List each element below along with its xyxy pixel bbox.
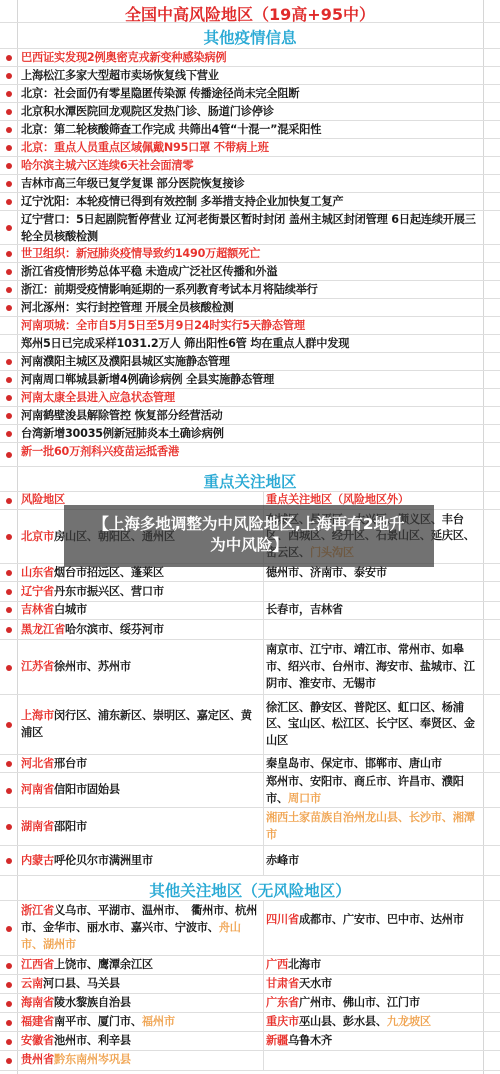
province-label: 河南省 xyxy=(21,783,54,796)
bullet-icon xyxy=(6,269,12,275)
risk-area-text: 邵阳市 xyxy=(54,820,87,833)
other-row: 海南省陵水黎族自治县广东省广州市、佛山市、江门市 xyxy=(0,994,500,1013)
column-divider xyxy=(263,901,264,955)
focus-area-cell: 秦皇岛市、保定市、邯郸市、唐山市 xyxy=(266,756,482,773)
bullet-icon xyxy=(6,251,12,257)
bullet-icon xyxy=(6,665,12,671)
bullet-icon xyxy=(6,127,12,133)
news-text: 北京积水潭医院回龙观院区发热门诊、肠道门诊停诊 xyxy=(21,104,480,121)
column-divider xyxy=(263,1013,264,1031)
focus-row: 辽宁省丹东市振兴区、营口市 xyxy=(0,582,500,602)
focus-row: 内蒙古呼伦贝尔市满洲里市赤峰市 xyxy=(0,846,500,876)
focus-area-cell: 赤峰市 xyxy=(266,853,482,870)
focus-area-cell: 长春市，吉林省 xyxy=(266,602,482,619)
bullet-icon xyxy=(6,722,12,728)
bullet-icon xyxy=(6,305,12,311)
left-area-cell: 云南河口县、马关县 xyxy=(21,976,261,993)
bullet-icon xyxy=(6,1039,12,1045)
column-divider xyxy=(263,640,264,694)
focus-row: 河南省信阳市固始县郑州市、安阳市、商丘市、许昌市、濮阳市、周口市 xyxy=(0,773,500,808)
area-text: 南平市、厦门市、 xyxy=(54,1015,142,1028)
focus-row: 湖南省邵阳市湘西土家苗族自治州龙山县、长沙市、湘潭市 xyxy=(0,808,500,846)
news-text: 郑州5日已完成采样1031.2万人 筛出阳性6管 均在重点人群中发现 xyxy=(21,336,480,353)
news-row: 北京：第二轮核酸筛查工作完成 共筛出4管“十混一”混采阳性 xyxy=(0,121,500,139)
focus-row: 上海市闵行区、浦东新区、崇明区、嘉定区、黄浦区徐汇区、静安区、普陀区、虹口区、杨… xyxy=(0,695,500,755)
news-text: 浙江省疫情形势总体平稳 未造成广泛社区传播和外溢 xyxy=(21,264,480,281)
province-label: 内蒙古 xyxy=(21,854,54,867)
bullet-icon xyxy=(6,1001,12,1007)
province-label: 黑龙江省 xyxy=(21,623,65,636)
risk-area-text: 徐州市、苏州市 xyxy=(54,660,131,673)
news-row: 世卫组织：新冠肺炎疫情导致约1490万超额死亡 xyxy=(0,245,500,263)
bullet-icon xyxy=(6,788,12,794)
risk-area-cell: 湖南省邵阳市 xyxy=(21,819,261,836)
focus-area-cell: 湘西土家苗族自治州龙山县、长沙市、湘潭市 xyxy=(266,810,482,844)
news-row: 河南周口郸城县新增4例确诊病例 全县实施静态管理 xyxy=(0,371,500,389)
risk-area-text: 丹东市振兴区、营口市 xyxy=(54,585,164,598)
right-area-cell: 甘肃省天水市 xyxy=(266,976,482,993)
risk-area-cell: 上海市闵行区、浦东新区、崇明区、嘉定区、黄浦区 xyxy=(21,708,261,742)
news-text: 新一批60万剂科兴疫苗运抵香港 xyxy=(21,444,480,461)
focus-area-text: 德州市、济南市、泰安市 xyxy=(266,566,387,579)
province-label: 湖南省 xyxy=(21,820,54,833)
bullet-icon xyxy=(6,431,12,437)
focus-title-row: 重点关注地区 xyxy=(0,467,500,492)
news-row: 浙江：前期受疫情影响延期的一系列教育考试本月将陆续举行 xyxy=(0,281,500,299)
bullet-icon xyxy=(6,570,12,576)
risk-area-text: 哈尔滨市、绥芬河市 xyxy=(65,623,164,636)
risk-area-cell: 山东省烟台市招远区、蓬莱区 xyxy=(21,565,261,582)
news-row: 河南濮阳主城区及濮阳县城区实施静态管理 xyxy=(0,353,500,371)
other-title-row: 其他关注地区（无风险地区） xyxy=(0,876,500,901)
bullet-icon xyxy=(6,413,12,419)
column-divider xyxy=(263,994,264,1012)
area-orange-text: 黔东南州岑巩县 xyxy=(54,1053,131,1066)
left-area-cell: 江西省上饶市、鹰潭余江区 xyxy=(21,957,261,974)
focus-area-cell: 郑州市、安阳市、商丘市、许昌市、濮阳市、周口市 xyxy=(266,774,482,808)
news-text: 北京：社会面仍有零星隐匿传染源 传播途径尚未完全阻断 xyxy=(21,86,480,103)
other-row: 浙江省义乌市、平湖市、温州市、 衢州市、杭州市、金华市、丽水市、嘉兴市、宁波市、… xyxy=(0,901,500,956)
news-text: 河南鹤壁浚县解除管控 恢复部分经营活动 xyxy=(21,408,480,425)
risk-area-text: 邢台市 xyxy=(54,757,87,770)
news-row: 吉林市高三年级已复学复课 部分医院恢复接诊 xyxy=(0,175,500,193)
news-row: 河南鹤壁浚县解除管控 恢复部分经营活动 xyxy=(0,407,500,425)
column-divider xyxy=(263,956,264,974)
other-row: 云南河口县、马关县甘肃省天水市 xyxy=(0,975,500,994)
news-text: 河南周口郸城县新增4例确诊病例 全县实施静态管理 xyxy=(21,372,480,389)
bullet-icon xyxy=(6,589,12,595)
province-label: 福建省 xyxy=(21,1015,54,1028)
left-area-cell: 福建省南平市、厦门市、福州市 xyxy=(21,1014,261,1031)
bullet-icon xyxy=(6,452,12,458)
bullet-icon xyxy=(6,55,12,61)
focus-area-text: 赤峰市 xyxy=(266,854,299,867)
focus-row: 黑龙江省哈尔滨市、绥芬河市 xyxy=(0,620,500,640)
risk-area-cell: 辽宁省丹东市振兴区、营口市 xyxy=(21,584,261,601)
risk-area-cell: 黑龙江省哈尔滨市、绥芬河市 xyxy=(21,622,261,639)
other-row: 江西省上饶市、鹰潭余江区广西北海市 xyxy=(0,956,500,975)
area-text: 广州市、佛山市、江门市 xyxy=(299,996,420,1009)
column-divider xyxy=(263,1051,264,1070)
risk-area-cell: 内蒙古呼伦贝尔市满洲里市 xyxy=(21,853,261,870)
bullet-icon xyxy=(6,982,12,988)
area-text: 北海市 xyxy=(288,958,321,971)
bullet-icon xyxy=(6,359,12,365)
focus-row: 河北省邢台市秦皇岛市、保定市、邯郸市、唐山市 xyxy=(0,755,500,773)
area-text: 巫山县、彭水县、 xyxy=(299,1015,387,1028)
bullet-icon xyxy=(6,627,12,633)
risk-area-text: 烟台市招远区、蓬莱区 xyxy=(54,566,164,579)
province-label: 云南 xyxy=(21,977,43,990)
news-text: 台湾新增30035例新冠肺炎本土确诊病例 xyxy=(21,426,480,443)
province-label: 山东省 xyxy=(21,566,54,579)
news-row: 郑州5日已完成采样1031.2万人 筛出阳性6管 均在重点人群中发现 xyxy=(0,335,500,353)
province-label: 广西 xyxy=(266,958,288,971)
province-label: 江西省 xyxy=(21,958,54,971)
right-area-cell: 四川省成都市、广安市、巴中市、达州市 xyxy=(266,912,482,929)
title-row: 全国中高风险地区（19高+95中） xyxy=(0,0,500,23)
news-text: 河南太康全县进入应急状态管理 xyxy=(21,390,480,407)
news-text: 北京：重点人员重点区域佩戴N95口罩 不带病上班 xyxy=(21,140,480,157)
province-label: 重庆市 xyxy=(266,1015,299,1028)
area-orange-text: 福州市 xyxy=(142,1015,175,1028)
news-row: 北京积水潭医院回龙观院区发热门诊、肠道门诊停诊 xyxy=(0,103,500,121)
area-text: 乌鲁木齐 xyxy=(288,1034,332,1047)
province-label: 广东省 xyxy=(266,996,299,1009)
bullet-icon xyxy=(6,858,12,864)
province-label: 新疆 xyxy=(266,1034,288,1047)
area-orange-text: 九龙坡区 xyxy=(387,1015,431,1028)
news-row: 台湾新增30035例新冠肺炎本土确诊病例 xyxy=(0,425,500,443)
news-row: 新一批60万剂科兴疫苗运抵香港 xyxy=(0,443,500,467)
focus-area-text: 秦皇岛市、保定市、邯郸市、唐山市 xyxy=(266,757,442,770)
bullet-icon xyxy=(6,91,12,97)
province-label: 北京市 xyxy=(21,530,54,543)
bullet-icon xyxy=(6,163,12,169)
bullet-icon xyxy=(6,109,12,115)
news-row: 巴西证实发现2例奥密克戎新变种感染病例 xyxy=(0,49,500,67)
right-area-cell: 新疆乌鲁木齐 xyxy=(266,1033,482,1050)
left-area-cell: 浙江省义乌市、平湖市、温州市、 衢州市、杭州市、金华市、丽水市、嘉兴市、宁波市、… xyxy=(21,903,261,953)
bullet-icon xyxy=(6,225,12,231)
spreadsheet-image: 全国中高风险地区（19高+95中） 其他疫情信息 巴西证实发现2例奥密克戎新变种… xyxy=(0,0,500,1074)
province-label: 甘肃省 xyxy=(266,977,299,990)
news-row: 河北涿州：实行封控管理 开展全员核酸检测 xyxy=(0,299,500,317)
news-text: 河南濮阳主城区及濮阳县城区实施静态管理 xyxy=(21,354,480,371)
area-text: 池州市、利辛县 xyxy=(54,1034,131,1047)
news-row: 上海松江多家大型超市卖场恢复线下营业 xyxy=(0,67,500,85)
left-area-cell: 海南省陵水黎族自治县 xyxy=(21,995,261,1012)
bullet-icon xyxy=(6,963,12,969)
news-row: 辽宁营口：5日起剧院暂停营业 辽河老街景区暂时封闭 盖州主城区封闭管理 6日起连… xyxy=(0,211,500,245)
area-text: 河口县、马关县 xyxy=(43,977,120,990)
province-label: 海南省 xyxy=(21,996,54,1009)
area-text: 陵水黎族自治县 xyxy=(54,996,131,1009)
news-row: 辽宁沈阳：本轮疫情已得到有效控制 多举措支持企业加快复工复产 xyxy=(0,193,500,211)
province-label: 辽宁省 xyxy=(21,585,54,598)
focus-area-text: 长春市，吉林省 xyxy=(266,603,343,616)
news-text: 浙江：前期受疫情影响延期的一系列教育考试本月将陆续举行 xyxy=(21,282,480,299)
bullet-icon xyxy=(6,377,12,383)
bullet-icon xyxy=(6,498,12,504)
news-row: 河南太康全县进入应急状态管理 xyxy=(0,389,500,407)
column-divider xyxy=(263,582,264,601)
other-row: 安徽省池州市、利辛县新疆乌鲁木齐 xyxy=(0,1032,500,1051)
bullet-icon xyxy=(6,73,12,79)
news-text: 巴西证实发现2例奥密克戎新变种感染病例 xyxy=(21,50,480,67)
province-label: 浙江省 xyxy=(21,904,54,917)
right-area-cell: 重庆市巫山县、彭水县、九龙坡区 xyxy=(266,1014,482,1031)
column-divider xyxy=(263,600,264,619)
focus-area-cell: 德州市、济南市、泰安市 xyxy=(266,565,482,582)
bullet-icon xyxy=(6,145,12,151)
province-label: 安徽省 xyxy=(21,1034,54,1047)
news-text: 北京：第二轮核酸筛查工作完成 共筛出4管“十混一”混采阳性 xyxy=(21,122,480,139)
section-title-focus: 重点关注地区 xyxy=(17,470,483,492)
news-text: 上海松江多家大型超市卖场恢复线下营业 xyxy=(21,68,480,85)
page-title: 全国中高风险地区（19高+95中） xyxy=(17,2,483,25)
province-label: 四川省 xyxy=(266,913,299,926)
focus-area-text: 南京市、江宁市、靖江市、常州市、如皋市、绍兴市、台州市、海安市、盐城市、江阴市、… xyxy=(266,643,475,690)
news-row: 河南项城：全市自5月5日至5月9日24时实行5天静态管理 xyxy=(0,317,500,335)
caption-overlay: 【上海多地调整为中风险地区,上海再有2地升为中风险】 xyxy=(64,505,434,567)
focus-area-cell: 徐汇区、静安区、普陀区、虹口区、杨浦区、宝山区、松江区、长宁区、奉贤区、金山区 xyxy=(266,700,482,750)
news-text: 河南项城：全市自5月5日至5月9日24时实行5天静态管理 xyxy=(21,318,480,335)
section-title-row: 其他疫情信息 xyxy=(0,23,500,49)
left-area-cell: 安徽省池州市、利辛县 xyxy=(21,1033,261,1050)
area-text: 上饶市、鹰潭余江区 xyxy=(54,958,153,971)
focus-row: 吉林省白城市长春市，吉林省 xyxy=(0,600,500,620)
focus-area-orange-text: 湘西土家苗族自治州龙山县、长沙市、湘潭市 xyxy=(266,811,475,841)
bullet-icon xyxy=(6,287,12,293)
province-label: 江苏省 xyxy=(21,660,54,673)
column-divider xyxy=(263,808,264,845)
news-text: 河北涿州：实行封控管理 开展全员核酸检测 xyxy=(21,300,480,317)
bullet-icon xyxy=(6,761,12,767)
news-text: 哈尔滨主城六区连续6天社会面清零 xyxy=(21,158,480,175)
province-label: 吉林省 xyxy=(21,603,54,616)
news-text: 吉林市高三年级已复学复课 部分医院恢复接诊 xyxy=(21,176,480,193)
right-area-cell: 广西北海市 xyxy=(266,957,482,974)
risk-area-cell: 吉林省白城市 xyxy=(21,602,261,619)
province-label: 上海市 xyxy=(21,709,54,722)
left-area-cell: 贵州省黔东南州岑巩县 xyxy=(21,1052,261,1069)
bullet-icon xyxy=(6,607,12,613)
column-divider xyxy=(263,846,264,875)
column-divider xyxy=(263,1032,264,1050)
column-divider xyxy=(263,755,264,772)
news-row: 北京：社会面仍有零星隐匿传染源 传播途径尚未完全阻断 xyxy=(0,85,500,103)
risk-area-cell: 江苏省徐州市、苏州市 xyxy=(21,659,261,676)
area-text: 成都市、广安市、巴中市、达州市 xyxy=(299,913,464,926)
focus-area-cell: 南京市、江宁市、靖江市、常州市、如皋市、绍兴市、台州市、海安市、盐城市、江阴市、… xyxy=(266,642,482,692)
section-title-news: 其他疫情信息 xyxy=(17,26,483,48)
bullet-icon xyxy=(6,824,12,830)
province-label: 贵州省 xyxy=(21,1053,54,1066)
right-area-cell: 广东省广州市、佛山市、江门市 xyxy=(266,995,482,1012)
column-divider xyxy=(263,695,264,754)
risk-area-text: 白城市 xyxy=(54,603,87,616)
province-label: 河北省 xyxy=(21,757,54,770)
bullet-icon xyxy=(6,395,12,401)
bullet-icon xyxy=(6,199,12,205)
column-divider xyxy=(263,975,264,993)
risk-area-text: 信阳市固始县 xyxy=(54,783,120,796)
news-row: 北京：重点人员重点区域佩戴N95口罩 不带病上班 xyxy=(0,139,500,157)
focus-area-text: 徐汇区、静安区、普陀区、虹口区、杨浦区、宝山区、松江区、长宁区、奉贤区、金山区 xyxy=(266,701,475,748)
bullet-icon xyxy=(6,181,12,187)
focus-row: 江苏省徐州市、苏州市南京市、江宁市、靖江市、常州市、如皋市、绍兴市、台州市、海安… xyxy=(0,640,500,695)
risk-area-text: 闵行区、浦东新区、崇明区、嘉定区、黄浦区 xyxy=(21,709,252,739)
area-text: 天水市 xyxy=(299,977,332,990)
column-divider xyxy=(263,620,264,639)
news-text: 世卫组织：新冠肺炎疫情导致约1490万超额死亡 xyxy=(21,246,480,263)
column-divider xyxy=(263,773,264,807)
news-text: 辽宁营口：5日起剧院暂停营业 辽河老街景区暂时封闭 盖州主城区封闭管理 6日起连… xyxy=(21,212,480,245)
bullet-icon xyxy=(6,926,12,932)
other-row: 贵州省黔东南州岑巩县 xyxy=(0,1051,500,1071)
news-text: 辽宁沈阳：本轮疫情已得到有效控制 多举措支持企业加快复工复产 xyxy=(21,194,480,211)
focus-area-orange-text: 周口市 xyxy=(288,792,321,805)
risk-area-cell: 河北省邢台市 xyxy=(21,756,261,773)
news-row: 哈尔滨主城六区连续6天社会面清零 xyxy=(0,157,500,175)
bullet-icon xyxy=(6,1020,12,1026)
risk-area-cell: 河南省信阳市固始县 xyxy=(21,782,261,799)
other-row: 福建省南平市、厦门市、福州市重庆市巫山县、彭水县、九龙坡区 xyxy=(0,1013,500,1032)
risk-area-text: 呼伦贝尔市满洲里市 xyxy=(54,854,153,867)
bullet-icon xyxy=(6,534,12,540)
bullet-icon xyxy=(6,1058,12,1064)
news-row: 浙江省疫情形势总体平稳 未造成广泛社区传播和外溢 xyxy=(0,263,500,281)
section-title-other: 其他关注地区（无风险地区） xyxy=(17,879,483,901)
